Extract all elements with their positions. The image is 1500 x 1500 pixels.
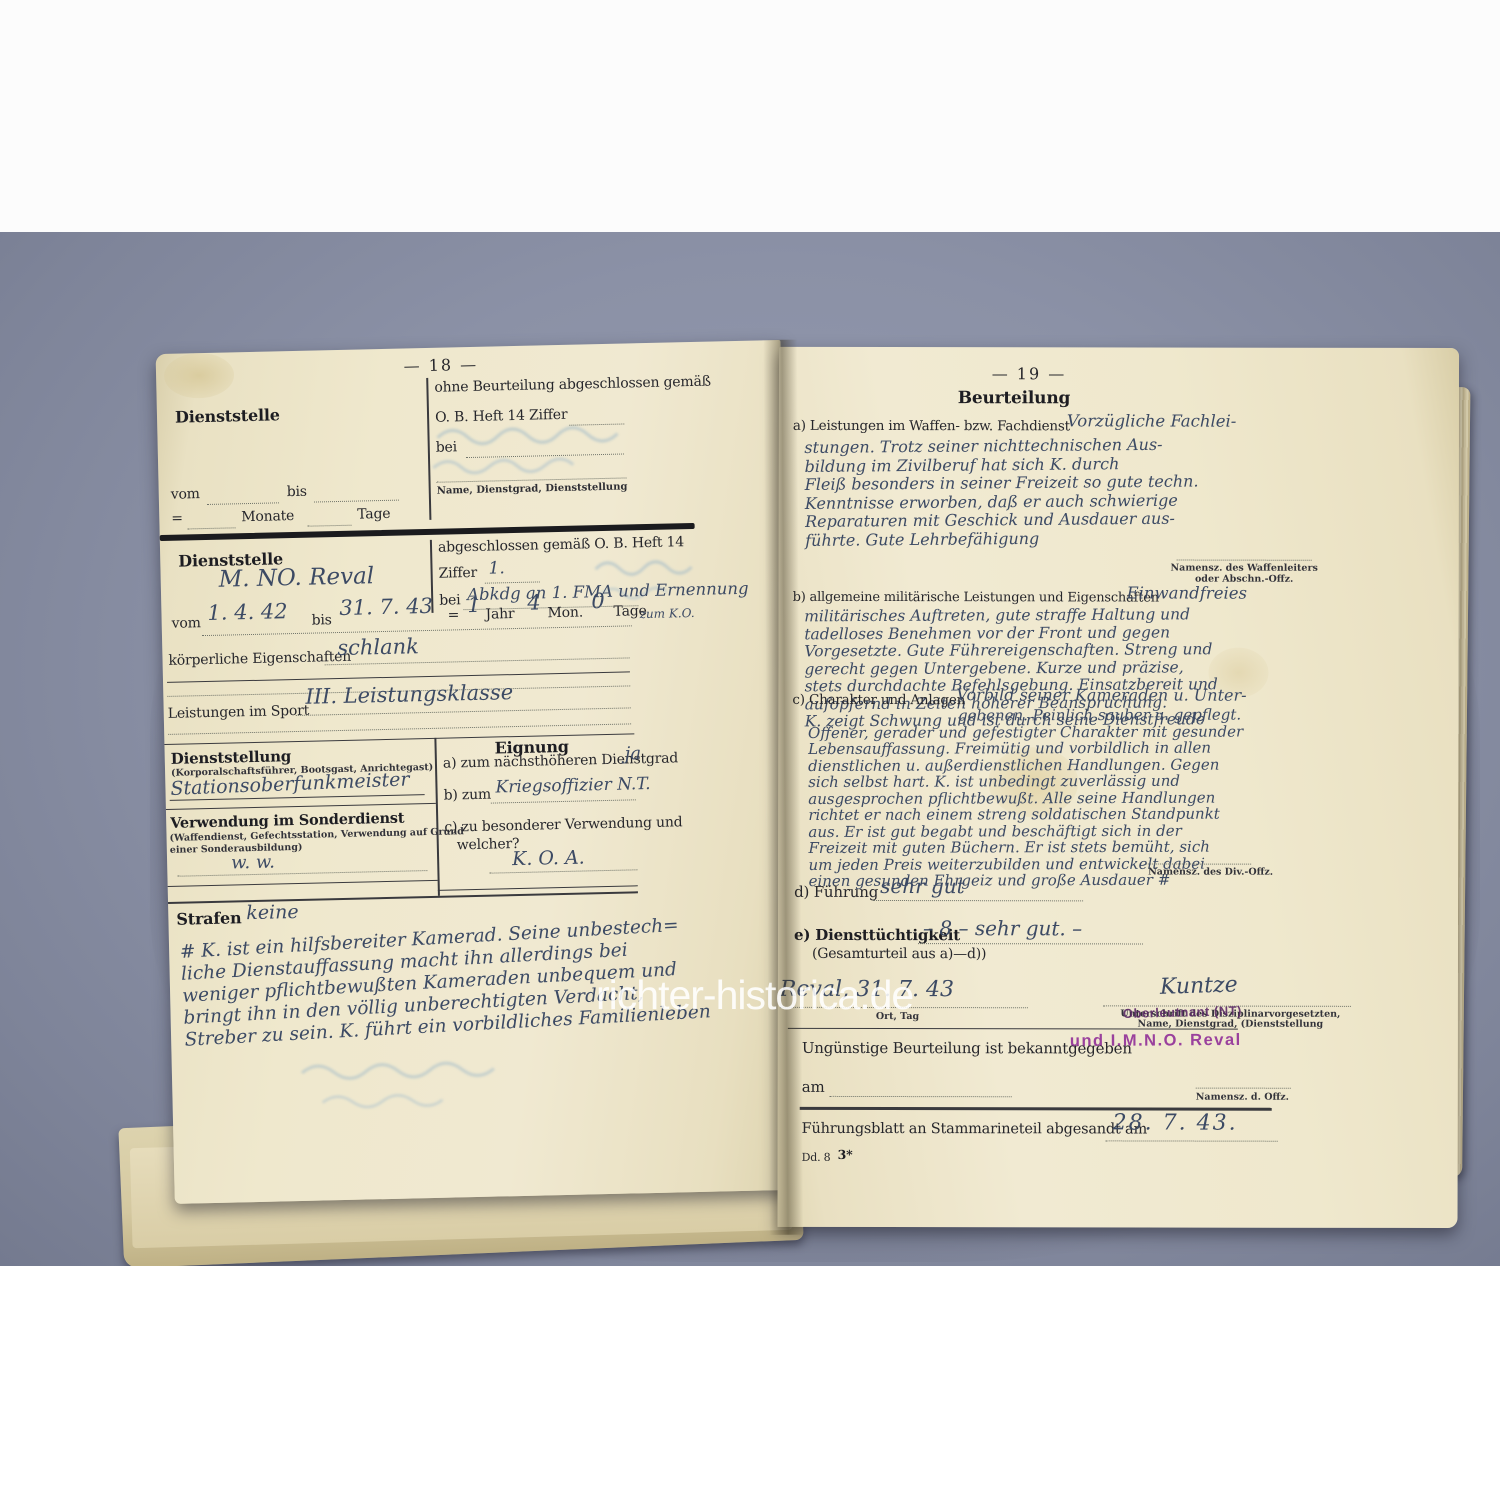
field-label-eignung-c-2: welcher?	[457, 836, 520, 853]
section-d-label: d) Führung	[794, 883, 878, 901]
form-code-star: 3*	[838, 1147, 853, 1162]
handwritten-dienststelle-value: M. NO. Reval	[218, 563, 374, 593]
section-e-subnote: (Gesamturteil aus a)—d))	[812, 946, 986, 962]
column-divider	[434, 738, 439, 896]
section-c-handwriting-first: Vorbild seiner Kameraden u. Unter-	[956, 685, 1246, 705]
page-18: — 18 — Dienststelle ohne Beurteilung abg…	[156, 340, 800, 1204]
field-label-fuehrungsblatt: Führungsblatt an Stammarineteil abgesand…	[802, 1121, 1147, 1138]
section-b-handwriting-first: Einwandfreies	[1127, 583, 1247, 602]
handwritten-bis-date: 31. 7. 43	[339, 594, 433, 620]
page-number-left: — 18 —	[391, 354, 491, 375]
handwritten-bei-value-2: zum K.O.	[639, 606, 694, 621]
field-label-vom-1: vom	[171, 486, 200, 503]
handwritten-strafen-value: keine	[246, 901, 299, 924]
photo-bottom-margin	[0, 1266, 1500, 1500]
blank-line	[314, 500, 399, 503]
blank-line	[830, 1096, 1012, 1097]
section-c-handwriting: gebenen. Peinlich sauber u. gepflegt. Of…	[808, 707, 1244, 890]
a-line: führte. Gute Lehrbefähigung	[805, 528, 1199, 550]
field-label-bei-2: bei	[439, 592, 460, 608]
signature-rule	[1196, 1088, 1291, 1089]
handwritten-eignung-c-value: K. O. A.	[512, 846, 585, 870]
field-label-tage-2: Tage	[613, 603, 646, 620]
watermark: richter-historica.de	[596, 972, 913, 1019]
blank-line	[296, 707, 631, 716]
field-label-bis-2: bis	[311, 612, 331, 628]
handwritten-signature: Kuntze	[1160, 972, 1239, 1000]
equals-sign-1: =	[171, 511, 183, 527]
form-rule-heavy	[168, 891, 638, 904]
handwritten-eignung-b-value: Kriegsoffizier N.T.	[495, 774, 650, 798]
field-label-ziffer-2: Ziffer	[438, 565, 477, 582]
field-label-strafen: Strafen	[176, 908, 241, 928]
section-a-label: a) Leistungen im Waffen- bzw. Fachdienst	[793, 418, 1070, 434]
field-label-tage-1: Tage	[357, 506, 390, 523]
printed-text-unguenstige: Ungünstige Beurteilung ist bekanntgegebe…	[802, 1039, 1132, 1058]
handwritten-eignung-a-value: ja	[625, 743, 642, 764]
ink-bleedthrough	[291, 1044, 593, 1121]
photo-top-margin	[0, 0, 1500, 232]
signature-rule	[1177, 560, 1312, 561]
handwritten-jahr-value: 1	[467, 593, 481, 617]
equals-sign-2: =	[447, 607, 459, 623]
signature-rule	[1146, 863, 1251, 864]
hint-namensz-offz: Namensz. d. Offz.	[1196, 1092, 1289, 1103]
service-record-book: — 18 — Dienststelle ohne Beurteilung abg…	[0, 227, 1500, 1271]
page-number-right: — 19 —	[974, 364, 1084, 383]
blank-line	[168, 723, 631, 735]
blank-line	[308, 525, 352, 527]
blank-line	[1106, 1140, 1278, 1141]
blank-line	[207, 502, 279, 505]
field-label-dienststelle-1: Dienststelle	[175, 405, 280, 426]
printed-text-ohne-beurteilung: ohne Beurteilung abgeschlossen gemäß	[434, 374, 711, 396]
rank-stamp: Oberleutnant (NT)	[1123, 1003, 1242, 1021]
handwritten-fuehrungsblatt-date: 28. 7. 43.	[1113, 1110, 1238, 1135]
column-divider	[426, 378, 431, 520]
blank-line	[918, 943, 1143, 944]
handwritten-vom-date: 1. 4. 42	[207, 599, 288, 625]
form-rule	[438, 885, 638, 891]
blank-line	[188, 527, 236, 529]
blank-line	[569, 423, 624, 425]
section-a-handwriting-first: Vorzügliche Fachlei-	[1067, 411, 1237, 430]
field-label-monate: Monate	[241, 508, 294, 525]
field-label-koerperliche-eigenschaften: körperliche Eigenschaften	[168, 649, 351, 669]
form-code: Dd. 8	[802, 1151, 831, 1164]
handwritten-monate-value: 4	[527, 590, 541, 614]
handwritten-sport-value: III. Leistungsklasse	[305, 680, 513, 709]
a-line: Reparaturen mit Geschick und Ausdauer au…	[805, 510, 1199, 532]
field-label-bei-1: bei	[436, 439, 457, 455]
section-c-label: c) Charakter und Anlagen	[792, 692, 965, 708]
printed-text-heft14-ziffer: O. B. Heft 14 Ziffer	[435, 407, 568, 426]
a-line: stungen. Trotz seiner nichttechnischen A…	[804, 436, 1198, 458]
form-rule	[788, 1028, 1238, 1030]
field-label-leistungen-sport: Leistungen im Sport	[168, 703, 310, 722]
blank-line	[466, 454, 624, 459]
hint-name-dienstgrad: Name, Dienstgrad, Dienststellung	[437, 481, 627, 496]
page-title-beurteilung: Beurteilung	[929, 388, 1099, 408]
field-label-jahr: Jahr	[485, 606, 514, 623]
handwritten-tage-value: 0	[591, 589, 605, 613]
field-label-am: am	[802, 1078, 825, 1096]
field-label-eignung-b: b) zum	[444, 787, 492, 804]
blank-line	[177, 870, 427, 877]
field-label-vom-2: vom	[172, 615, 201, 632]
photo-background: — 18 — Dienststelle ohne Beurteilung abg…	[0, 232, 1500, 1266]
field-label-eignung-a: a) zum nächsthöheren Dienstgrad	[443, 750, 678, 771]
section-d-value: sehr gut	[880, 874, 965, 898]
field-label-mon: Mon.	[547, 604, 583, 621]
form-rule	[168, 880, 438, 887]
blank-line	[491, 799, 636, 803]
hint-namensz-div-offz: Namensz. des Div.-Offz.	[1148, 866, 1273, 877]
c-line: gebenen. Peinlich sauber u. gepflegt.	[958, 707, 1243, 724]
form-rule	[167, 671, 630, 683]
printed-text-abgeschlossen: abgeschlossen gemäß O. B. Heft 14	[438, 534, 684, 556]
handwritten-sonderdienst-value: w. w.	[231, 852, 275, 874]
field-label-bis-1: bis	[287, 484, 307, 500]
section-a-handwriting: stungen. Trotz seiner nichttechnischen A…	[804, 436, 1199, 550]
page-19: — 19 — Beurteilung a) Leistungen im Waff…	[778, 347, 1460, 1228]
hint-namensz-waffenleiter-1: Namensz. des Waffenleiters	[1167, 563, 1322, 574]
handwritten-ziffer-value: 1.	[488, 558, 505, 578]
section-b-label: b) allgemeine militärische Leistungen un…	[793, 590, 1159, 606]
handwritten-koerperlich-value: schlank	[337, 634, 419, 660]
blank-line	[873, 900, 1083, 901]
paper-stain	[164, 352, 235, 399]
field-label-eignung-c-1: c) zu besonderer Verwendung und	[444, 814, 682, 835]
section-e-value: – 8 – sehr gut. –	[923, 916, 1082, 940]
